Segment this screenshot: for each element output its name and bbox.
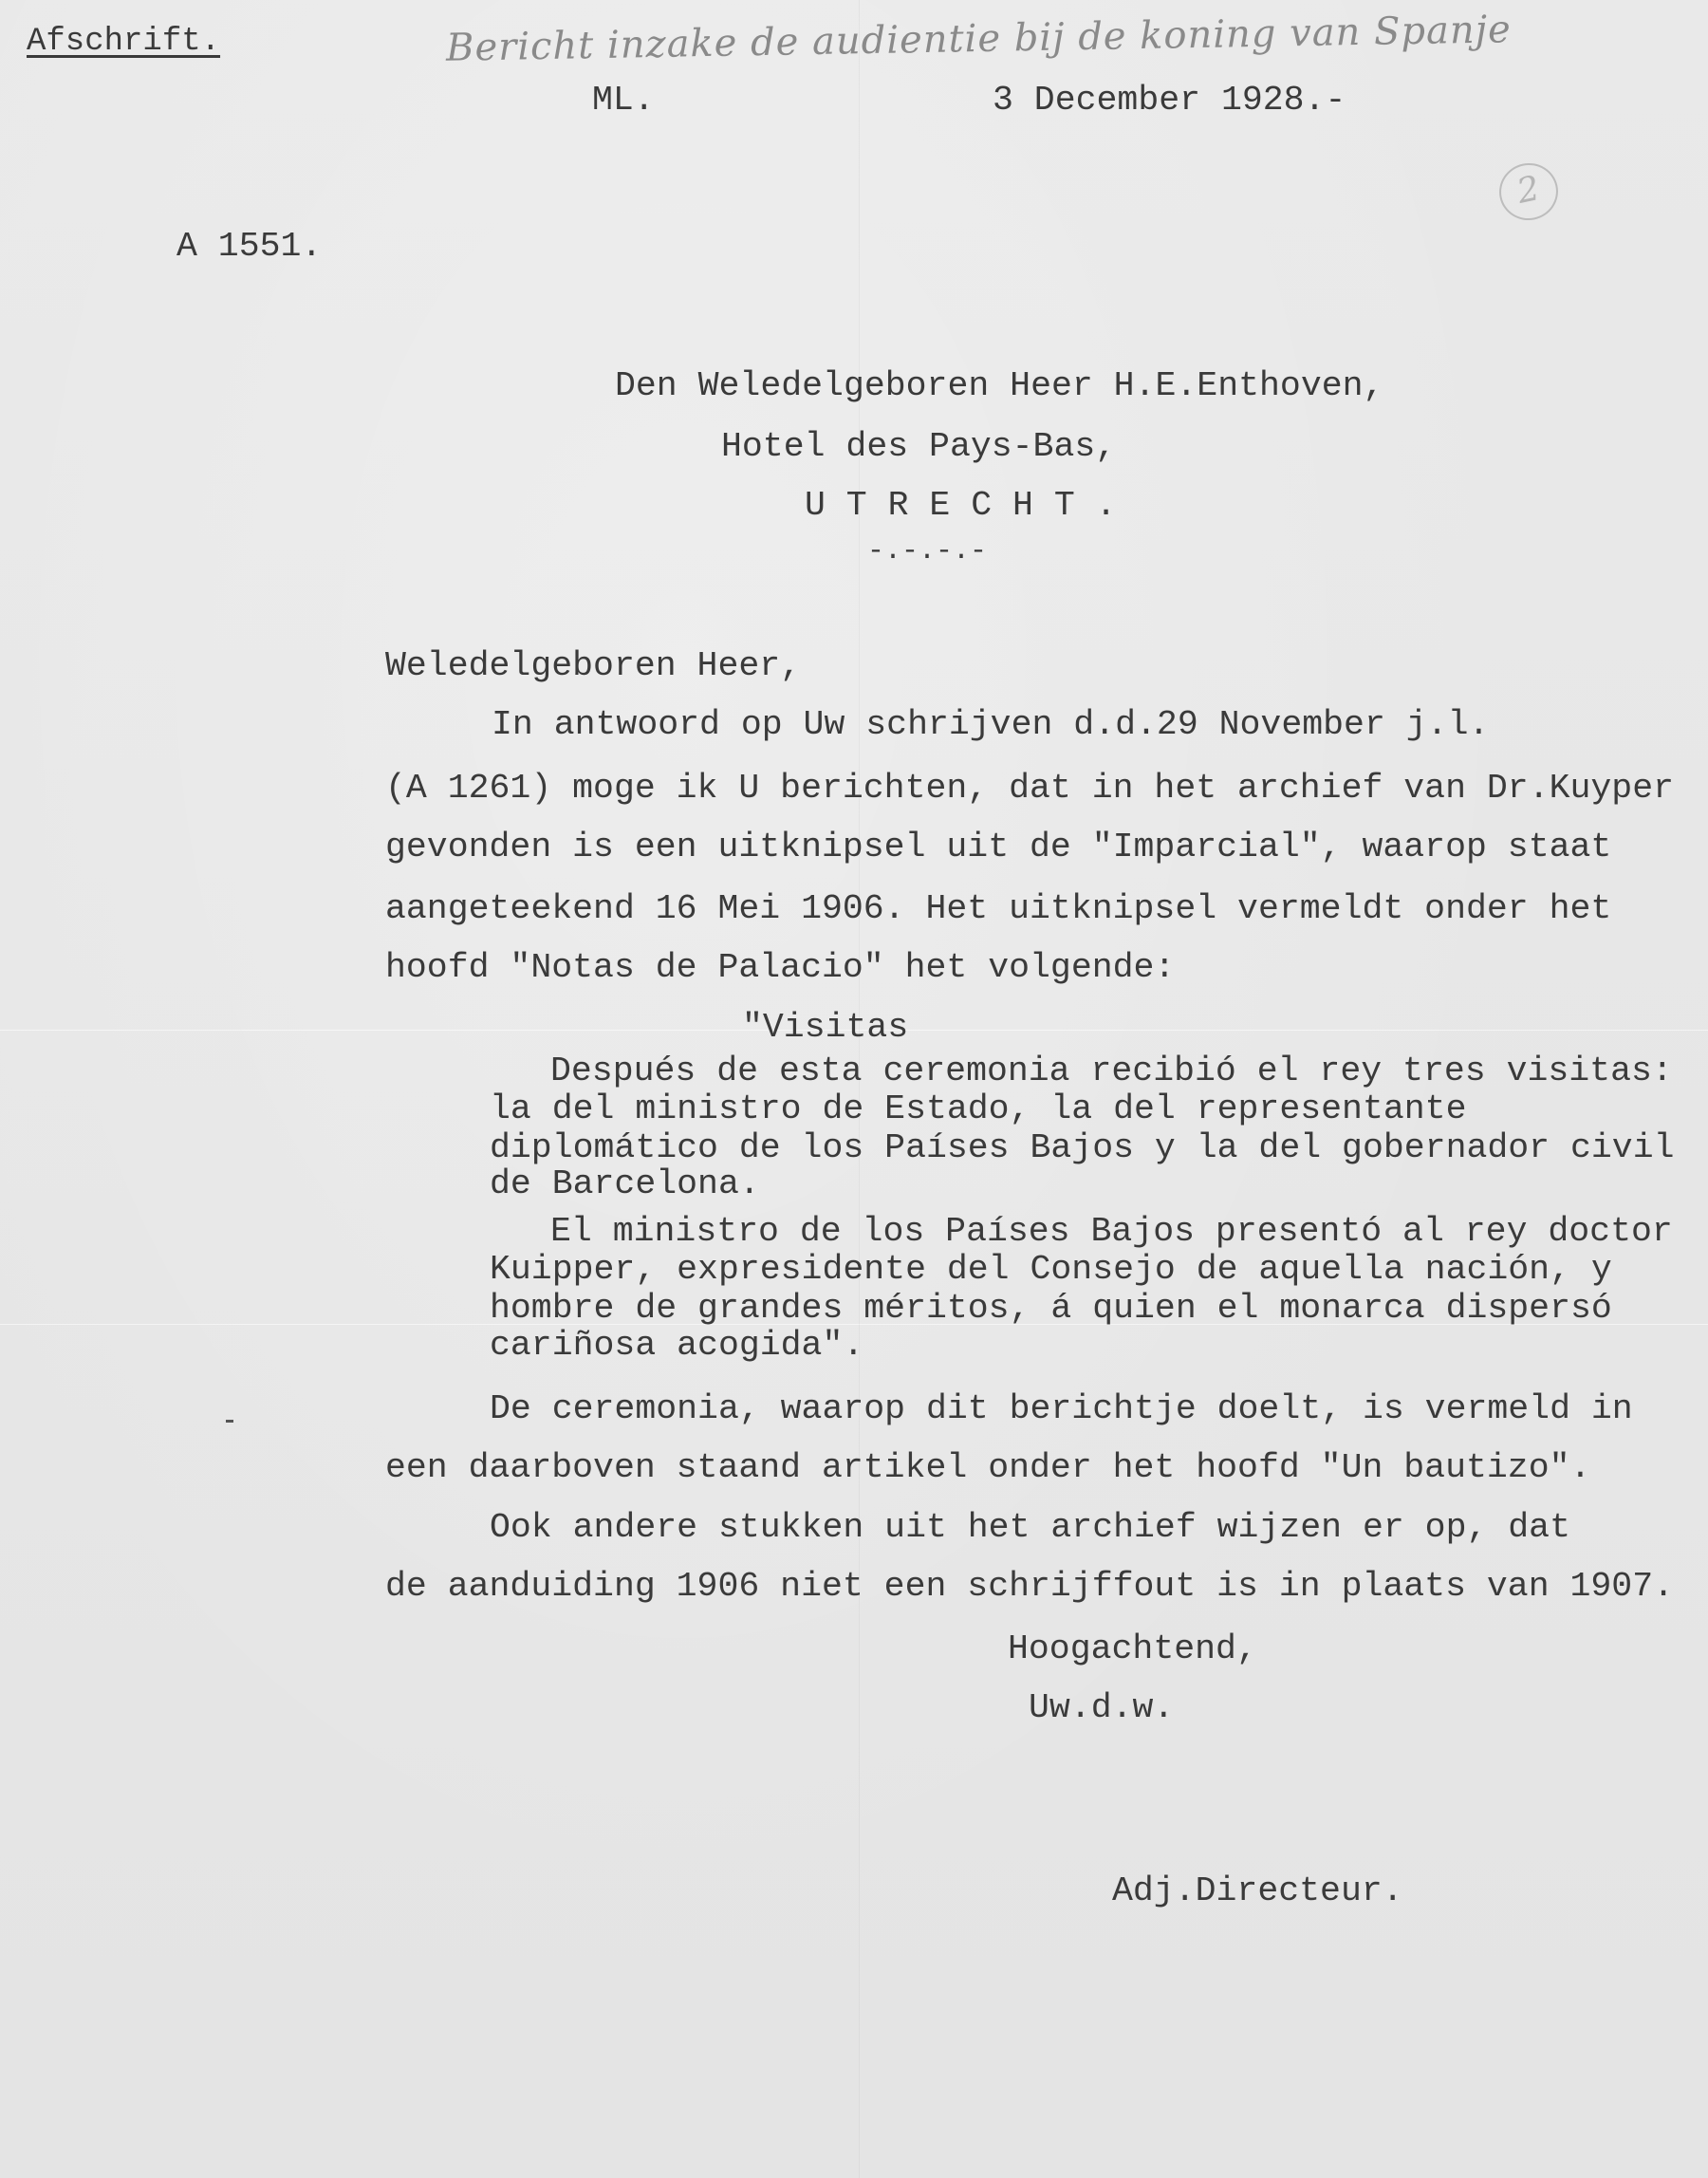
copy-label: Afschrift. (27, 21, 220, 63)
quote-line: El ministro de los Países Bajos presentó… (550, 1211, 1673, 1253)
address-recipient: Den Weledelgeboren Heer H.E.Enthoven, (615, 365, 1383, 407)
quote-line: Kuipper, expresidente del Consejo de aqu… (490, 1249, 1612, 1291)
body-line: de aanduiding 1906 niet een schrijffout … (385, 1566, 1674, 1608)
ink-speck (226, 1420, 233, 1423)
initials: ML. (592, 80, 655, 121)
body-line: (A 1261) moge ik U berichten, dat in het… (385, 768, 1674, 810)
reference-number: A 1551. (176, 226, 322, 268)
body-line: aangeteekend 16 Mei 1906. Het uitknipsel… (385, 888, 1611, 930)
salutation: Weledelgeboren Heer, (385, 645, 801, 687)
quote-line: cariñosa acogida". (490, 1325, 863, 1367)
address-separator: -.-.-.- (867, 531, 987, 572)
closing-abbrev: Uw.d.w. (1029, 1687, 1174, 1729)
closing-greeting: Hoogachtend, (1008, 1629, 1257, 1670)
body-line: hoofd "Notas de Palacio" het volgende: (385, 947, 1175, 989)
quote-line: de Barcelona. (490, 1163, 760, 1205)
quote-title: "Visitas (742, 1007, 908, 1049)
letter-page: Afschrift. Bericht inzake de audientie b… (0, 0, 1708, 2178)
quote-line: Después de esta ceremonia recibió el rey… (550, 1051, 1673, 1092)
letter-date: 3 December 1928.- (993, 80, 1346, 121)
circled-page-number: 2 (1494, 158, 1563, 226)
quote-line: hombre de grandes méritos, á quien el mo… (490, 1288, 1612, 1330)
body-line: een daarboven staand artikel onder het h… (385, 1447, 1590, 1489)
body-line: Ook andere stukken uit het archief wijze… (490, 1507, 1570, 1549)
body-line: gevonden is een uitknipsel uit de "Impar… (385, 827, 1611, 868)
handwritten-note: Bericht inzake de audientie bij de konin… (446, 8, 1512, 70)
address-city: U T R E C H T . (805, 485, 1117, 527)
signature-title: Adj.Directeur. (1112, 1871, 1403, 1912)
quote-line: la del ministro de Estado, la del repres… (490, 1089, 1466, 1130)
address-hotel: Hotel des Pays-Bas, (721, 426, 1116, 468)
body-line: In antwoord op Uw schrijven d.d.29 Novem… (492, 704, 1489, 746)
body-line: De ceremonia, waarop dit berichtje doelt… (490, 1388, 1633, 1430)
